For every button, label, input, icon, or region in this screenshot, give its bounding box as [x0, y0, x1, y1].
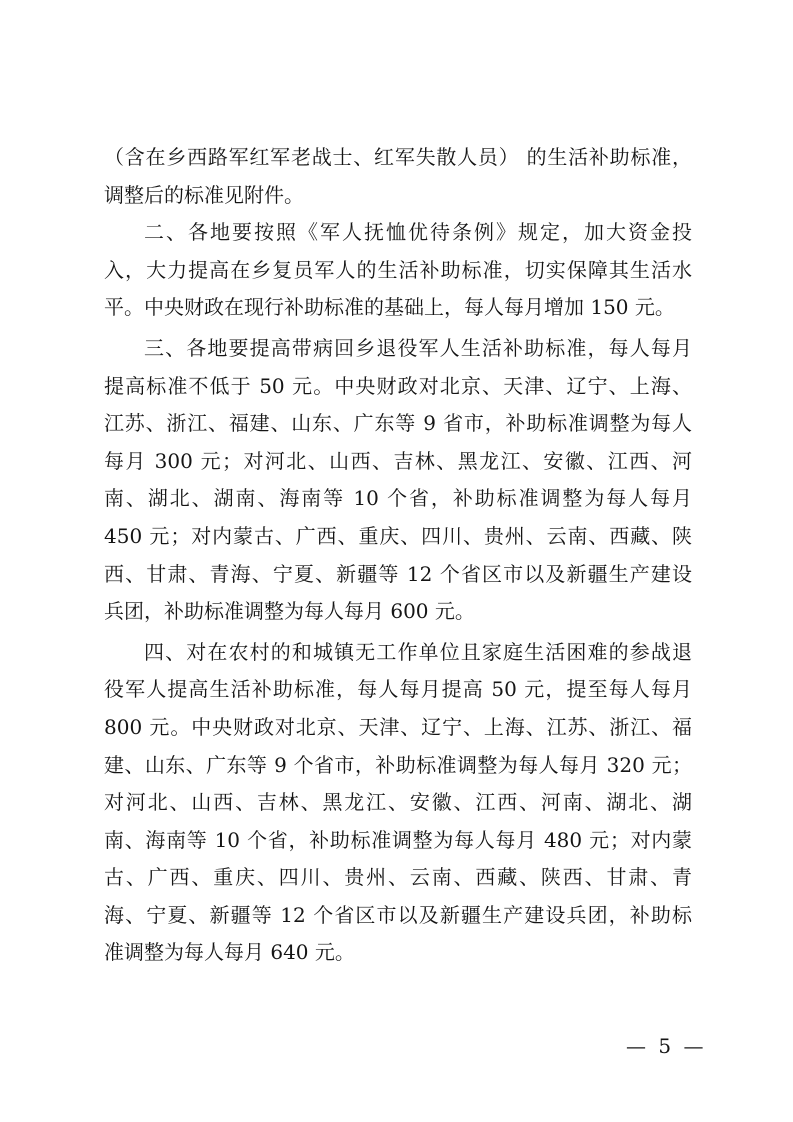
text-line: 西、甘肃、青海、宁夏、新疆等 12 个省区市以及新疆生产建设	[104, 556, 692, 594]
text-line: 海、宁夏、新疆等 12 个省区市以及新疆生产建设兵团，补助标	[104, 897, 692, 935]
text-line: 每月 300 元；对河北、山西、吉林、黑龙江、安徽、江西、河	[104, 443, 692, 481]
text-line: 提高标准不低于 50 元。中央财政对北京、天津、辽宁、上海、	[104, 368, 692, 406]
paragraph-item-4: 四、对在农村的和城镇无工作单位且家庭生活困难的参战退 役军人提高生活补助标准，每…	[104, 634, 692, 972]
text-line: 四、对在农村的和城镇无工作单位且家庭生活困难的参战退	[104, 634, 692, 672]
paragraph-item-3: 三、各地要提高带病回乡退役军人生活补助标准，每人每月 提高标准不低于 50 元。…	[104, 330, 692, 631]
text-line: 南、湖北、湖南、海南等 10 个省，补助标准调整为每人每月	[104, 480, 692, 518]
text-line: 役军人提高生活补助标准，每人每月提高 50 元，提至每人每月	[104, 671, 692, 709]
text-line: 建、山东、广东等 9 个省市，补助标准调整为每人每月 320 元；	[104, 747, 692, 785]
text-line: 平。中央财政在现行补助标准的基础上，每人每月增加 150 元。	[104, 289, 692, 327]
text-line: 三、各地要提高带病回乡退役军人生活补助标准，每人每月	[104, 330, 692, 368]
text-line: 800 元。中央财政对北京、天津、辽宁、上海、江苏、浙江、福	[104, 709, 692, 747]
text-line: （含在乡西路军红军老战士、红军失散人员） 的生活补助标准，	[104, 139, 692, 177]
text-line: 450 元；对内蒙古、广西、重庆、四川、贵州、云南、西藏、陕	[104, 518, 692, 556]
text-line: 南、海南等 10 个省，补助标准调整为每人每月 480 元；对内蒙	[104, 822, 692, 860]
paragraph-continuation: （含在乡西路军红军老战士、红军失散人员） 的生活补助标准， 调整后的标准见附件。	[104, 139, 692, 214]
text-line: 入，大力提高在乡复员军人的生活补助标准，切实保障其生活水	[104, 252, 692, 290]
text-line: 调整后的标准见附件。	[104, 177, 692, 215]
paragraph-item-2: 二、各地要按照《军人抚恤优待条例》规定，加大资金投 入，大力提高在乡复员军人的生…	[104, 214, 692, 327]
page-number: — 5 —	[626, 1032, 706, 1060]
text-line: 兵团，补助标准调整为每人每月 600 元。	[104, 593, 692, 631]
document-body: （含在乡西路军红军老战士、红军失散人员） 的生活补助标准， 调整后的标准见附件。…	[104, 139, 692, 972]
text-line: 江苏、浙江、福建、山东、广东等 9 省市，补助标准调整为每人	[104, 405, 692, 443]
text-line: 古、广西、重庆、四川、贵州、云南、西藏、陕西、甘肃、青	[104, 859, 692, 897]
document-page: （含在乡西路军红军老战士、红军失散人员） 的生活补助标准， 调整后的标准见附件。…	[0, 0, 793, 1122]
text-line: 对河北、山西、吉林、黑龙江、安徽、江西、河南、湖北、湖	[104, 784, 692, 822]
text-line: 二、各地要按照《军人抚恤优待条例》规定，加大资金投	[104, 214, 692, 252]
text-line: 准调整为每人每月 640 元。	[104, 934, 692, 972]
